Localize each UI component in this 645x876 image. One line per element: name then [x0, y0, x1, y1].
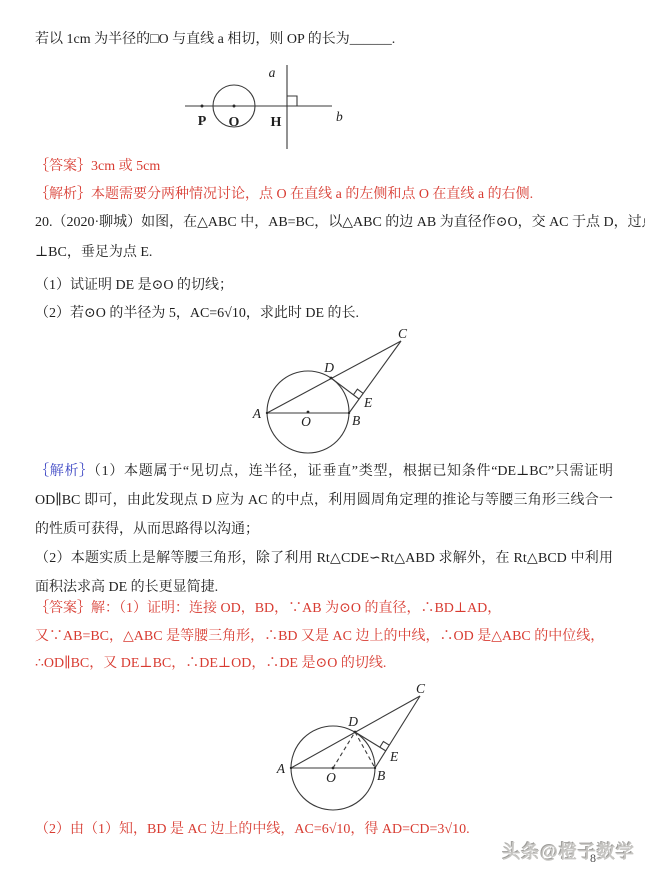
fig3-label-B: B — [377, 768, 385, 783]
question-20-part1: （1）试证明 DE 是⊙O 的切线； — [35, 276, 613, 295]
right-angle-mark-E — [353, 389, 363, 395]
analysis-label: ｛解析｝ — [35, 464, 94, 479]
analysis-20-paragraph1: ｛解析｝（1）本题属于“见切点，连半径，证垂直”类型，根据已知条件“DE⊥BC”… — [35, 457, 613, 544]
document-page: 若以 1cm 为半径的□O 与直线 a 相切，则 OP 的长为______. a… — [0, 0, 645, 876]
answer-19-line: ｛答案｝3cm 或 5cm — [35, 157, 613, 176]
answer-19-value: 3cm 或 5cm — [91, 159, 160, 174]
fig3-label-D: D — [347, 714, 358, 729]
point-B — [348, 412, 350, 414]
fig3-label-E: E — [389, 749, 399, 764]
point-B — [374, 767, 376, 769]
analysis-19-line: ｛解析｝本题需要分两种情况讨论，点 O 在直线 a 的左侧和点 O 在直线 a … — [35, 185, 613, 204]
fig2-label-D: D — [323, 360, 334, 375]
point-O — [233, 105, 236, 108]
fig2-label-O: O — [301, 414, 311, 429]
fig3-label-C: C — [416, 681, 426, 696]
fig1-label-P: P — [198, 114, 207, 129]
answer-label: ｛答案｝ — [35, 159, 91, 174]
figure-triangle-circle-dashed: A B C D E O — [250, 680, 450, 816]
figure-triangle-circle-solid: A B C D E O — [230, 325, 440, 458]
point-O — [332, 767, 335, 770]
right-angle-mark — [287, 96, 297, 106]
fig1-label-b: b — [336, 109, 343, 124]
fig1-label-O: O — [229, 115, 240, 130]
analysis-20-text1: （1）本题属于“见切点，连半径，证垂直”类型，根据已知条件“DE⊥BC”只需证明… — [35, 464, 613, 537]
fig3-label-A: A — [276, 761, 286, 776]
fig1-label-H: H — [271, 115, 282, 130]
answer-20-line1: ｛答案｝解：（1）证明：连接 OD，BD，∵AB 为⊙O 的直径，∴BD⊥AD， — [35, 599, 613, 618]
answer-20-line2: 又∵AB=BC，△ABC 是等腰三角形，∴BD 又是 AC 边上的中线，∴OD … — [35, 627, 613, 646]
segment-DE — [331, 378, 359, 399]
point-A — [290, 767, 292, 769]
figure-tangent-line-diagram: a b P O H — [180, 57, 370, 154]
fig2-label-E: E — [363, 395, 373, 410]
point-D — [354, 731, 357, 734]
dashed-DB — [355, 732, 375, 768]
analysis-label: ｛解析｝ — [35, 187, 91, 202]
question-20-stem-line1: 20.（2020·聊城）如图，在△ABC 中，AB=BC，以△ABC 的边 AB… — [35, 213, 613, 232]
answer-20-line3: ∴OD∥BC，又 DE⊥BC，∴DE⊥OD，∴DE 是⊙O 的切线. — [35, 654, 613, 673]
fig2-label-A: A — [252, 406, 262, 421]
watermark-toutiao: 头条@橙子数学 — [502, 838, 635, 864]
question-19-stem: 若以 1cm 为半径的□O 与直线 a 相切，则 OP 的长为______. — [35, 32, 395, 47]
point-P — [201, 105, 204, 108]
point-A — [266, 412, 268, 414]
answer-20-text1: 解：（1）证明：连接 OD，BD，∵AB 为⊙O 的直径，∴BD⊥AD， — [91, 601, 501, 616]
analysis-19-text: 本题需要分两种情况讨论，点 O 在直线 a 的左侧和点 O 在直线 a 的右侧. — [91, 187, 533, 202]
line-BC — [349, 341, 401, 413]
fig3-label-O: O — [326, 770, 336, 785]
question-19-text: 若以 1cm 为半径的□O 与直线 a 相切，则 OP 的长为______. — [35, 30, 613, 49]
analysis-20-paragraph2: （2）本题实质上是解等腰三角形，除了利用 Rt△CDE∽Rt△ABD 求解外，在… — [35, 544, 613, 602]
point-D — [330, 377, 333, 380]
fig1-label-a: a — [269, 65, 276, 80]
dashed-OD — [333, 732, 355, 768]
question-20-part2: （2）若⊙O 的半径为 5，AC=6√10，求此时 DE 的长. — [35, 304, 613, 323]
fig2-label-C: C — [398, 326, 408, 341]
answer-label: ｛答案｝ — [35, 601, 91, 616]
point-O — [307, 411, 310, 414]
fig2-label-B: B — [352, 413, 360, 428]
answer-20-line4: （2）由（1）知，BD 是 AC 边上的中线，AC=6√10，得 AD=CD=3… — [35, 820, 613, 839]
question-20-stem-line2: ⊥BC，垂足为点 E. — [35, 243, 613, 262]
